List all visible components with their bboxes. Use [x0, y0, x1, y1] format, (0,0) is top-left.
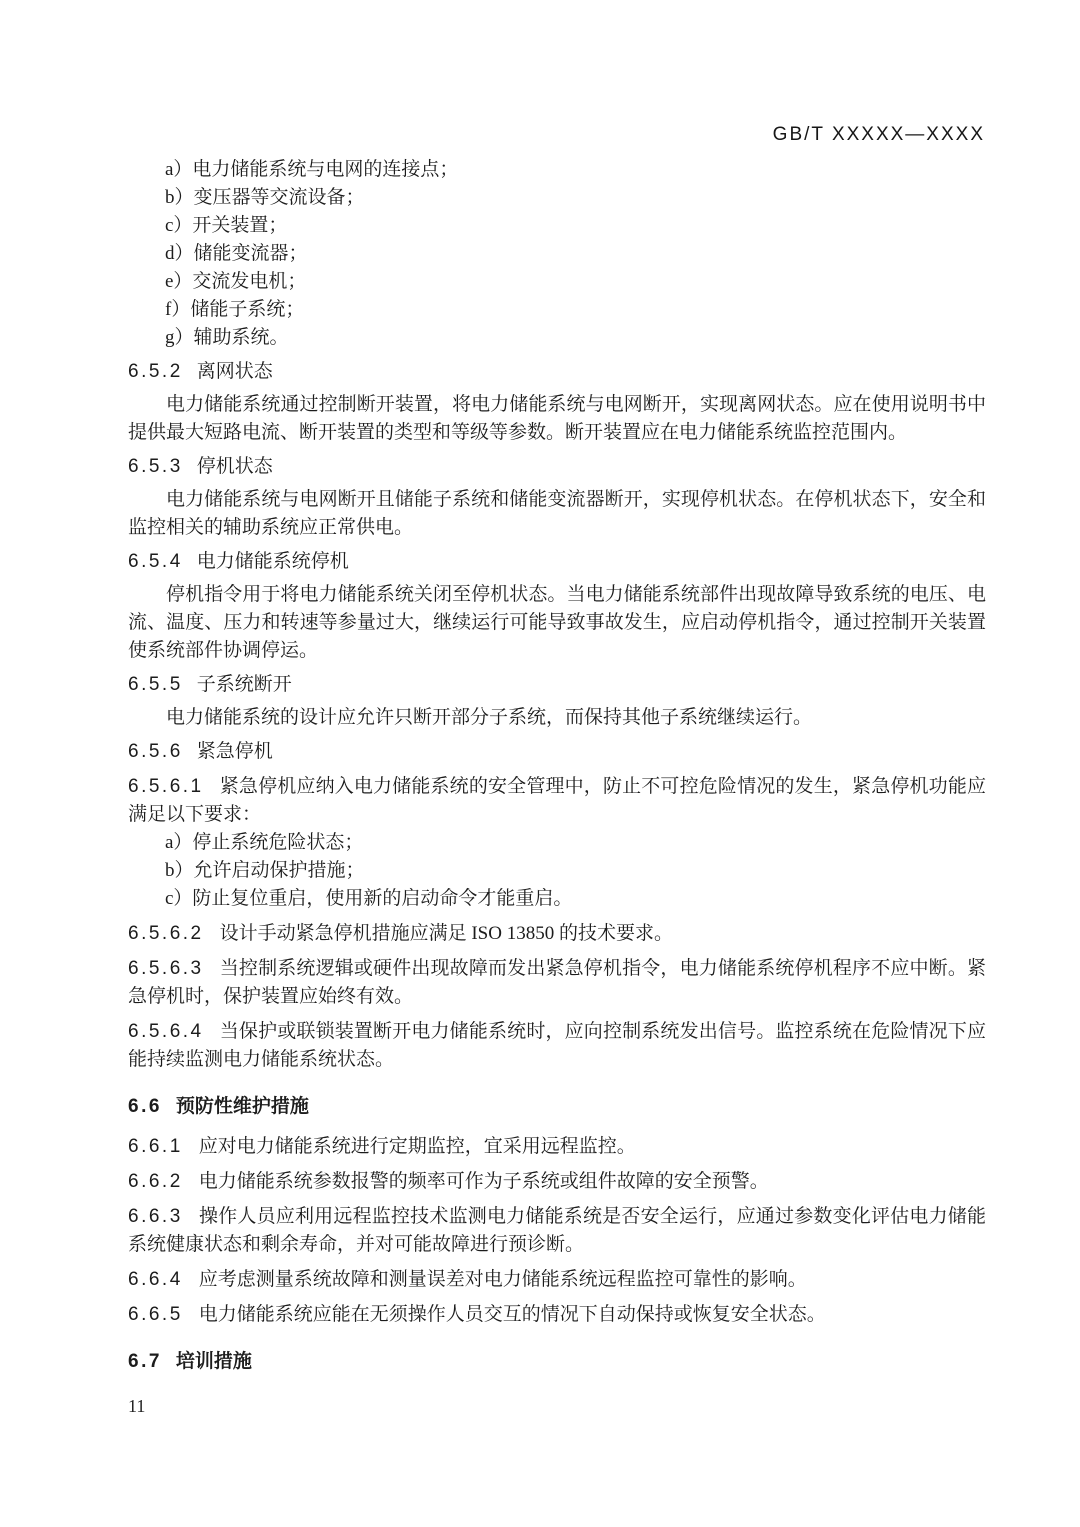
- paragraph: 停机指令用于将电力储能系统关闭至停机状态。当电力储能系统部件出现故障导致系统的电…: [128, 581, 986, 665]
- section-number: 6.7: [128, 1351, 162, 1372]
- clause-title: 紧急停机: [197, 741, 273, 762]
- paragraph: 电力储能系统通过控制断开装置，将电力储能系统与电网断开，实现离网状态。应在使用说…: [128, 391, 986, 447]
- clause-title: 离网状态: [197, 361, 273, 382]
- clause-text: 设计手动紧急停机措施应满足 ISO 13850 的技术要求。: [220, 923, 673, 944]
- clause-number: 6.5.6.2: [128, 923, 204, 944]
- numbered-clause: 6.5.6.1紧急停机应纳入电力储能系统的安全管理中，防止不可控危险情况的发生，…: [128, 773, 986, 829]
- clause-number: 6.6.5: [128, 1304, 183, 1325]
- clause-number: 6.5.6.3: [128, 958, 204, 979]
- numbered-clause: 6.6.4应考虑测量系统故障和测量误差对电力储能系统远程监控可靠性的影响。: [128, 1266, 986, 1294]
- clause-number: 6.5.6.4: [128, 1021, 204, 1042]
- clause-number: 6.5.3: [128, 456, 183, 477]
- numbered-clause: 6.5.6.3当控制系统逻辑或硬件出现故障而发出紧急停机指令，电力储能系统停机程…: [128, 955, 986, 1011]
- clause-heading: 6.5.2离网状态: [128, 358, 986, 386]
- section-number: 6.6: [128, 1096, 162, 1117]
- clause-number: 6.5.4: [128, 551, 183, 572]
- clause-text: 操作人员应利用远程监控技术监测电力储能系统是否安全运行，应通过参数变化评估电力储…: [128, 1206, 986, 1255]
- list-item: c）防止复位重启，使用新的启动命令才能重启。: [128, 885, 986, 913]
- clause-heading: 6.5.5子系统断开: [128, 671, 986, 699]
- clause-number: 6.5.6.1: [128, 776, 204, 797]
- numbered-clause: 6.5.6.2设计手动紧急停机措施应满足 ISO 13850 的技术要求。: [128, 920, 986, 948]
- section-title: 预防性维护措施: [176, 1096, 309, 1117]
- numbered-clause: 6.6.2电力储能系统参数报警的频率可作为子系统或组件故障的安全预警。: [128, 1168, 986, 1196]
- numbered-clause: 6.6.1应对电力储能系统进行定期监控，宜采用远程监控。: [128, 1133, 986, 1161]
- document-body: a）电力储能系统与电网的连接点； b）变压器等交流设备； c）开关装置； d）储…: [128, 156, 986, 1388]
- section-heading: 6.7培训措施: [128, 1348, 986, 1376]
- clause-text: 电力储能系统应能在无须操作人员交互的情况下自动保持或恢复安全状态。: [199, 1304, 826, 1325]
- list-item: b）允许启动保护措施；: [128, 857, 986, 885]
- list-item: f）储能子系统；: [128, 296, 986, 324]
- list-item: e）交流发电机；: [128, 268, 986, 296]
- clause-text: 当保护或联锁装置断开电力储能系统时，应向控制系统发出信号。监控系统在危险情况下应…: [128, 1021, 986, 1070]
- clause-text: 电力储能系统参数报警的频率可作为子系统或组件故障的安全预警。: [199, 1171, 769, 1192]
- clause-text: 应对电力储能系统进行定期监控，宜采用远程监控。: [199, 1136, 636, 1157]
- list-item: a）电力储能系统与电网的连接点；: [128, 156, 986, 184]
- clause-title: 停机状态: [197, 456, 273, 477]
- document-page: GB/T XXXXX—XXXX a）电力储能系统与电网的连接点； b）变压器等交…: [0, 0, 1080, 1527]
- clause-text: 紧急停机应纳入电力储能系统的安全管理中，防止不可控危险情况的发生，紧急停机功能应…: [128, 776, 986, 825]
- list-item: d）储能变流器；: [128, 240, 986, 268]
- clause-number: 6.6.3: [128, 1206, 183, 1227]
- list-item: g）辅助系统。: [128, 324, 986, 352]
- clause-text: 应考虑测量系统故障和测量误差对电力储能系统远程监控可靠性的影响。: [199, 1269, 807, 1290]
- numbered-clause: 6.6.5电力储能系统应能在无须操作人员交互的情况下自动保持或恢复安全状态。: [128, 1301, 986, 1329]
- clause-heading: 6.5.4电力储能系统停机: [128, 548, 986, 576]
- page-number: 11: [128, 1396, 145, 1417]
- section-heading: 6.6预防性维护措施: [128, 1093, 986, 1121]
- clause-heading: 6.5.6紧急停机: [128, 738, 986, 766]
- list-item: b）变压器等交流设备；: [128, 184, 986, 212]
- clause-text: 当控制系统逻辑或硬件出现故障而发出紧急停机指令，电力储能系统停机程序不应中断。紧…: [128, 958, 986, 1007]
- list-item: a）停止系统危险状态；: [128, 829, 986, 857]
- list-item: c）开关装置；: [128, 212, 986, 240]
- numbered-clause: 6.6.3操作人员应利用远程监控技术监测电力储能系统是否安全运行，应通过参数变化…: [128, 1203, 986, 1259]
- paragraph: 电力储能系统的设计应允许只断开部分子系统，而保持其他子系统继续运行。: [128, 704, 986, 732]
- clause-title: 电力储能系统停机: [197, 551, 349, 572]
- clause-number: 6.6.2: [128, 1171, 183, 1192]
- paragraph: 电力储能系统与电网断开且储能子系统和储能变流器断开，实现停机状态。在停机状态下，…: [128, 486, 986, 542]
- clause-number: 6.5.5: [128, 674, 183, 695]
- clause-number: 6.5.2: [128, 361, 183, 382]
- clause-heading: 6.5.3停机状态: [128, 453, 986, 481]
- numbered-clause: 6.5.6.4当保护或联锁装置断开电力储能系统时，应向控制系统发出信号。监控系统…: [128, 1018, 986, 1074]
- clause-number: 6.6.1: [128, 1136, 183, 1157]
- clause-number: 6.6.4: [128, 1269, 183, 1290]
- clause-number: 6.5.6: [128, 741, 183, 762]
- doc-code-header: GB/T XXXXX—XXXX: [128, 124, 985, 146]
- section-title: 培训措施: [176, 1351, 252, 1372]
- clause-title: 子系统断开: [197, 674, 292, 695]
